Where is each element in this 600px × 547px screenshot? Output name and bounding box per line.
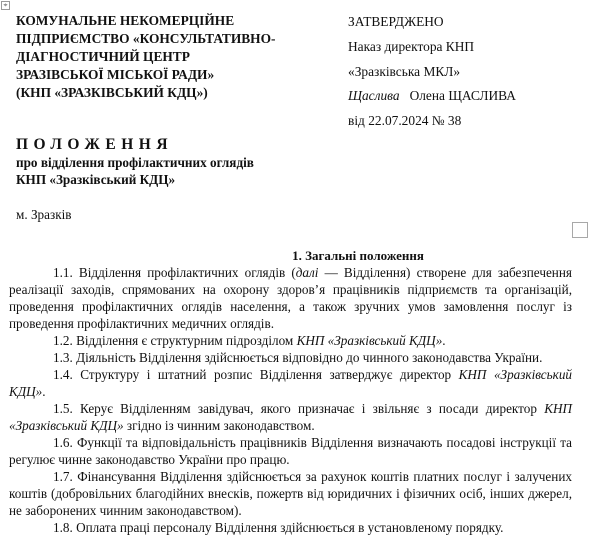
paragraph-number: 1.6.: [53, 435, 73, 450]
approval-order-line: «Зразківська МКЛ»: [348, 60, 516, 85]
paragraph-number: 1.5.: [53, 401, 73, 416]
paragraph-text: Структуру і штатний розпис Відділення за…: [73, 367, 459, 382]
paragraph-number: 1.4.: [53, 367, 73, 382]
approval-block: ЗАТВЕРДЖЕНО Наказ директора КНП «Зразків…: [348, 10, 516, 134]
paragraph-text: згідно із чинним законодавством.: [124, 418, 315, 433]
org-line: ЗРАЗІВСЬКОЇ МІСЬКОЇ РАДИ»: [16, 66, 336, 84]
paragraph-number: 1.1.: [53, 265, 73, 280]
paragraph: 1.8. Оплата праці персоналу Відділення з…: [9, 519, 572, 536]
paragraph: 1.2. Відділення є структурним підрозділо…: [9, 332, 572, 349]
approval-signature-line: ЩасливаОлена ЩАСЛИВА: [348, 84, 516, 109]
paragraph-text: .: [442, 333, 445, 348]
paragraph-text: Відділення профілактичних оглядів (: [73, 265, 296, 280]
paragraph: 1.5. Керує Відділенням завідувач, якого …: [9, 400, 572, 434]
paragraph: 1.4. Структуру і штатний розпис Відділен…: [9, 366, 572, 400]
paragraph-text: Відділення є структурним підрозділом: [73, 333, 297, 348]
paragraph-number: 1.7.: [53, 469, 73, 484]
paragraph-text: Діяльність Відділення здійснюється відпо…: [73, 350, 543, 365]
signer-name: Олена ЩАСЛИВА: [410, 88, 516, 103]
org-line: (КНП «ЗРАЗКІВСЬКИЙ КДЦ»): [16, 84, 336, 102]
document-city: м. Зразків: [16, 206, 72, 223]
paragraph-text: .: [42, 384, 45, 399]
layout-options-checkbox[interactable]: [572, 222, 588, 238]
section-paragraphs: 1.1. Відділення профілактичних оглядів (…: [9, 264, 572, 536]
paragraph-text: Функції та відповідальність працівників …: [9, 435, 572, 467]
org-line: ДІАГНОСТИЧНИЙ ЦЕНТР: [16, 48, 336, 66]
paragraph-text: Оплата праці персоналу Відділення здійсн…: [73, 520, 504, 535]
document-subtitle: про відділення профілактичних оглядів КН…: [16, 154, 254, 188]
section-general-provisions: 1. Загальні положення 1.1. Відділення пр…: [9, 248, 572, 536]
signature: Щаслива: [348, 88, 400, 103]
paragraph-number: 1.2.: [53, 333, 73, 348]
italic-text: далі: [296, 265, 319, 280]
org-line: КОМУНАЛЬНЕ НЕКОМЕРЦІЙНЕ: [16, 12, 336, 30]
paragraph: 1.7. Фінансування Відділення здійснюєтьс…: [9, 468, 572, 519]
paragraph-text: Керує Відділенням завідувач, якого призн…: [73, 401, 544, 416]
section-title: 1. Загальні положення: [9, 248, 572, 264]
paragraph-number: 1.3.: [53, 350, 73, 365]
org-line: ПІДПРИЄМСТВО «КОНСУЛЬТАТИВНО-: [16, 30, 336, 48]
paragraph-number: 1.8.: [53, 520, 73, 535]
paragraph: 1.6. Функції та відповідальність працівн…: [9, 434, 572, 468]
subtitle-line: КНП «Зразківський КДЦ»: [16, 171, 254, 188]
approval-order-line: Наказ директора КНП: [348, 35, 516, 60]
document-title: ПОЛОЖЕННЯ: [16, 136, 173, 154]
subtitle-line: про відділення профілактичних оглядів: [16, 154, 254, 171]
approval-heading: ЗАТВЕРДЖЕНО: [348, 10, 516, 35]
approval-date: від 22.07.2024 № 38: [348, 109, 516, 134]
italic-text: КНП «Зразківський КДЦ»: [297, 333, 443, 348]
anchor-icon[interactable]: ⌖: [1, 1, 10, 10]
paragraph: 1.1. Відділення профілактичних оглядів (…: [9, 264, 572, 332]
organization-header: КОМУНАЛЬНЕ НЕКОМЕРЦІЙНЕ ПІДПРИЄМСТВО «КО…: [16, 12, 336, 102]
paragraph-text: Фінансування Відділення здійснюється за …: [9, 469, 572, 518]
paragraph: 1.3. Діяльність Відділення здійснюється …: [9, 349, 572, 366]
